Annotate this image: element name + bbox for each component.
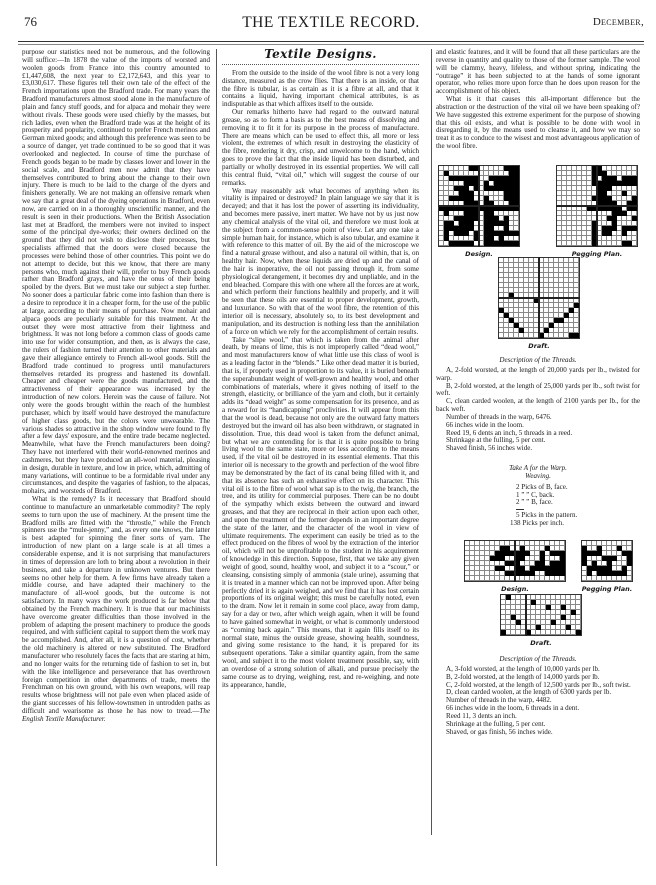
loom-specs: Number of threads in the warp, 4482. 66 … (436, 697, 640, 736)
grid-cell (514, 241, 519, 246)
design-1-draft-row: Draft. (436, 257, 640, 349)
design-2-draft-row: Draft. (436, 594, 640, 646)
article-paragraph: What is it that causes this all-importan… (436, 96, 640, 151)
article-paragraph: We may reasonably ask what becomes of an… (222, 188, 419, 337)
title-dotted-rule (222, 64, 419, 65)
grid-divider (498, 297, 580, 299)
grid-divider (438, 205, 520, 207)
picks-per-inch: 138 Picks per inch. (436, 520, 640, 528)
grid-cell (574, 333, 579, 338)
article-paragraph: and elastic features, and it will be fou… (436, 49, 640, 96)
page-header: 76 THE TEXTILE RECORD. December, (18, 14, 644, 34)
weave-design-grid (464, 540, 566, 582)
design-1-draft-figure: Draft. (498, 257, 580, 351)
article-paragraph: What is the remedy? Is it necessary that… (22, 496, 210, 723)
header-rule (18, 41, 644, 42)
article-paragraph: From the outside to the inside of the wo… (222, 70, 419, 109)
grid-cell (560, 576, 565, 581)
loom-spec: Shaved, or gas finish, 56 inches wide. (436, 729, 640, 737)
weave-design-grid (438, 165, 520, 247)
threads-description-title: Description of the Threads. (436, 656, 640, 664)
design-1-pegging-figure: Pegging Plan. (556, 165, 638, 259)
grid-cell (632, 241, 637, 246)
thread-spec: B, 2-fold worsted, at the length of 25,0… (436, 383, 640, 399)
header-rule-thin (18, 44, 644, 45)
grid-divider (556, 205, 638, 207)
pegging-plan-grid (581, 540, 633, 582)
pegging-plan-grid (556, 165, 638, 247)
grid-divider (514, 540, 516, 582)
grid-cell (576, 630, 581, 635)
publication-title: THE TEXTILE RECORD. (18, 14, 644, 32)
design-2-figures: Design. Pegging Plan. (436, 540, 640, 592)
picks-list: 2 Picks of B, face. 1 ” ” C, back. 2 ” ”… (436, 484, 640, 520)
loom-specs: Number of threads in the warp, 6476. 66 … (436, 414, 640, 453)
figure-caption: Draft. (500, 640, 582, 648)
article-paragraph: purpose our statistics need not be numer… (22, 49, 210, 496)
figure-caption: Pegging Plan. (581, 586, 633, 594)
paragraph-text: What is the remedy? Is it necessary that… (22, 495, 210, 715)
draft-grid (500, 594, 582, 636)
threads-description-title: Description of the Threads. (436, 357, 640, 365)
newspaper-page: 76 THE TEXTILE RECORD. December, purpose… (0, 0, 656, 885)
left-column: purpose our statistics need not be numer… (22, 49, 210, 724)
design-2-pegging-figure: Pegging Plan. (581, 540, 633, 594)
middle-column: Textile Designs. From the outside to the… (222, 49, 419, 690)
section-title: Textile Designs. (222, 51, 419, 59)
draft-grid (498, 257, 580, 339)
grid-divider (525, 594, 527, 636)
loom-spec: Shaved finish, 56 inches wide. (436, 445, 640, 453)
pick-line: 2 ” ” B, face. (516, 499, 640, 507)
sum-rule (516, 509, 524, 510)
issue-month: December, (593, 16, 644, 28)
article-paragraph: Take “slipe wool,” that which is taken f… (222, 337, 419, 690)
right-column: and elastic features, and it will be fou… (436, 49, 640, 736)
grid-cell (627, 576, 632, 581)
article-paragraph: Our remarks hitherto have had regard to … (222, 109, 419, 187)
weaving-title: Weaving. (436, 473, 640, 481)
column-divider-1 (216, 49, 217, 866)
figure-caption: Design. (464, 586, 566, 594)
design-1-design-figure: Design. (438, 165, 520, 259)
column-divider-2 (431, 49, 432, 835)
design-2-design-figure: Design. (464, 540, 566, 594)
thread-spec: C, clean carded woolen, at the length of… (436, 398, 640, 414)
thread-spec: A, 2-fold worsted, at the length of 20,0… (436, 367, 640, 383)
figure-caption: Draft. (498, 343, 580, 351)
design-2-draft-figure: Draft. (500, 594, 582, 648)
design-1-figures: Design. Pegging Plan. (436, 165, 640, 257)
